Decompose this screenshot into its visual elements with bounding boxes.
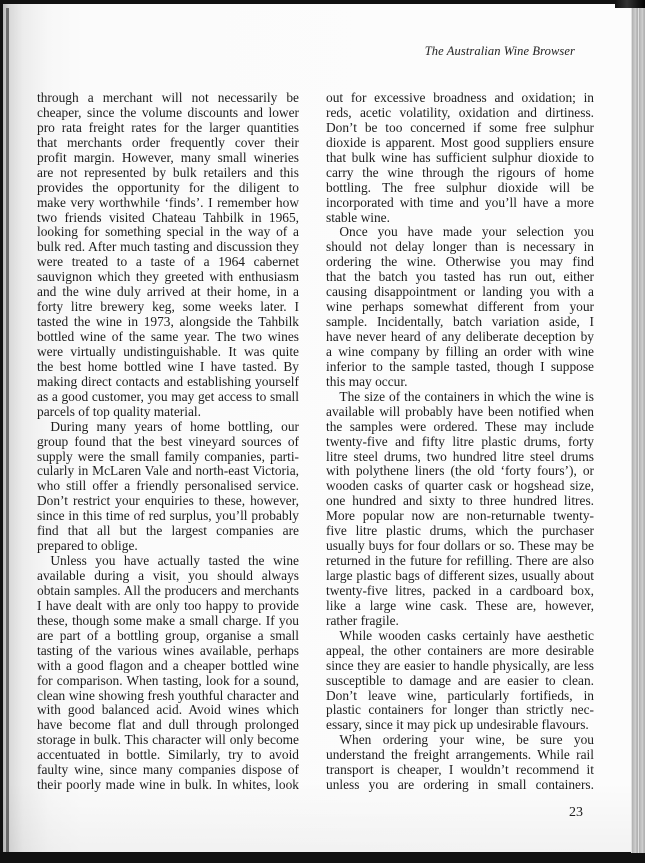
text-line: carry the wine through the rigours of ho… xyxy=(326,166,594,181)
text-line: stable wine. xyxy=(326,211,594,226)
text-line: that the batch you tasted has run out, e… xyxy=(326,270,594,285)
text-line: who still offer a friendly personalised … xyxy=(37,479,299,494)
text-line: twenty-five litres, packed in a cardboar… xyxy=(326,584,594,599)
text-line: the best home bottled wine I have tasted… xyxy=(37,360,299,375)
text-line: causing disappointment or landing you wi… xyxy=(326,285,594,300)
text-line: While wooden casks certainly have aesthe… xyxy=(326,629,594,644)
text-line: available will probably have been notifi… xyxy=(326,405,594,420)
text-line: since they are easier to handle physical… xyxy=(326,659,594,674)
text-line: returned in the future for refilling. Th… xyxy=(326,554,594,569)
text-line: tasting of the various wines available, … xyxy=(37,644,299,659)
text-line: for comparison. When tasting, look for a… xyxy=(37,674,299,689)
text-line: wine perhaps somewhat different from you… xyxy=(326,300,594,315)
text-line: dioxide is apparent. Most good suppliers… xyxy=(326,136,594,151)
gutter-shadow xyxy=(6,8,9,852)
text-line: The size of the containers in which the … xyxy=(326,390,594,405)
text-line: obtain samples. All the producers and me… xyxy=(37,584,299,599)
page-number: 23 xyxy=(569,805,583,821)
text-line: pro rata freight rates for the larger qu… xyxy=(37,121,299,136)
page-stack-edge xyxy=(631,4,645,853)
text-line: unless you are ordering in small contain… xyxy=(326,778,594,793)
text-line: five litre plastic drums, which the purc… xyxy=(326,524,594,539)
text-line: that bulk wine has sufficient sulphur di… xyxy=(326,151,594,166)
text-line: make very worthwhile ‘finds’. I remember… xyxy=(37,196,299,211)
text-line: transport is cheaper, I wouldn’t recomme… xyxy=(326,763,594,778)
text-line: appeal, the other containers are more de… xyxy=(326,644,594,659)
text-line: through a merchant will not necessarily … xyxy=(37,91,299,106)
text-line: accentuated in bottle. Similarly, try to… xyxy=(37,748,299,763)
text-line: litre steel drums, two hundred litre ste… xyxy=(326,450,594,465)
text-line: When ordering your wine, be sure you xyxy=(326,733,594,748)
text-line: have become flat and dull through prolon… xyxy=(37,718,299,733)
text-line: inferior to the sample tasted, though I … xyxy=(326,360,594,375)
text-line: essary, since it may pick up undesirable… xyxy=(326,718,594,733)
text-line: with good balanced acid. Avoid wines whi… xyxy=(37,703,299,718)
text-line: out for excessive broadness and oxidatio… xyxy=(326,91,594,106)
text-line: faulty wine, since many companies dispos… xyxy=(37,763,299,778)
text-line: looking for something special in the way… xyxy=(37,225,299,240)
text-line: storage in bulk. This character will onl… xyxy=(37,733,299,748)
page-corner-shadow xyxy=(615,0,645,8)
text-line: with a good flagon and a cheaper bottled… xyxy=(37,659,299,674)
text-line: large plastic bags of different sizes, u… xyxy=(326,569,594,584)
text-line: and the wine duly arrived at their home,… xyxy=(37,285,299,300)
text-line: reds, acetic volatility, oxidation and d… xyxy=(326,106,594,121)
text-line: since in this time of red surplus, you’l… xyxy=(37,509,299,524)
text-line: incorporated with time and you’ll have a… xyxy=(326,196,594,211)
text-line: sauvignon which they greeted with enthus… xyxy=(37,270,299,285)
text-line: twenty-five and fifty litre plastic drum… xyxy=(326,435,594,450)
text-line: provides the opportunity for the diligen… xyxy=(37,181,299,196)
text-line: their poorly made wine in bulk. In white… xyxy=(37,778,299,793)
text-line: one hundred and sixty to three hundred l… xyxy=(326,494,594,509)
text-line: were virtually undistinguishable. It was… xyxy=(37,345,299,360)
text-line: find that all but the largest companies … xyxy=(37,524,299,539)
text-line: Don’t leave wine, particularly fortified… xyxy=(326,689,594,704)
text-line: cheaper, since the volume discounts and … xyxy=(37,106,299,121)
text-line: forty litre brewery keg, some weeks late… xyxy=(37,300,299,315)
text-line: clean wine showing fresh youthful charac… xyxy=(37,689,299,704)
text-line: During many years of home bottling, our xyxy=(37,420,299,435)
text-line: rather fragile. xyxy=(326,614,594,629)
text-line: should not delay longer than is necessar… xyxy=(326,240,594,255)
text-line: supply were the small family companies, … xyxy=(37,450,299,465)
text-line: were treated to a taste of a 1964 cabern… xyxy=(37,255,299,270)
text-line: these, though some make a small charge. … xyxy=(37,614,299,629)
text-line: a wine company by filling an order with … xyxy=(326,345,594,360)
text-line: with polythene liners (the old ‘forty fo… xyxy=(326,464,594,479)
text-line: as a good customer, you may get access t… xyxy=(37,390,299,405)
text-line: like a large wine cask. These are, howev… xyxy=(326,599,594,614)
text-line: Once you have made your selection you xyxy=(326,225,594,240)
book-page: The Australian Wine Browser through a me… xyxy=(3,4,631,852)
text-line: two friends visited Chateau Tahbilk in 1… xyxy=(37,211,299,226)
text-line: tasted the wine in 1973, alongside the T… xyxy=(37,315,299,330)
running-head: The Australian Wine Browser xyxy=(425,44,575,59)
text-line: Don’t be too concerned if some free sulp… xyxy=(326,121,594,136)
text-line: cularly in McLaren Vale and north-east V… xyxy=(37,464,299,479)
text-line: bulk red. After much tasting and discuss… xyxy=(37,240,299,255)
text-line: I have dealt with are only too happy to … xyxy=(37,599,299,614)
text-line: bottling. The free sulphur dioxide will … xyxy=(326,181,594,196)
text-line: that merchants order frequently cover th… xyxy=(37,136,299,151)
text-line: have never heard of any deliberate decep… xyxy=(326,330,594,345)
text-line: More popular now are non-returnable twen… xyxy=(326,509,594,524)
text-line: Don’t restrict your enquiries to these, … xyxy=(37,494,299,509)
text-line: prepared to oblige. xyxy=(37,539,299,554)
text-line: bottled wine of the same year. The two w… xyxy=(37,330,299,345)
text-line: available during a visit, you should alw… xyxy=(37,569,299,584)
text-line: this may occur. xyxy=(326,375,594,390)
text-line: are not represented by bulk retailers an… xyxy=(37,166,299,181)
text-line: wooden casks of quarter cask or hogshead… xyxy=(326,479,594,494)
text-line: are part of a bottling group, organise a… xyxy=(37,629,299,644)
text-line: profit margin. However, many small winer… xyxy=(37,151,299,166)
text-line: sample. Incidentally, batch variation as… xyxy=(326,315,594,330)
text-line: plastic containers for longer than stric… xyxy=(326,703,594,718)
text-line: parcels of top quality material. xyxy=(37,405,299,420)
left-column: through a merchant will not necessarily … xyxy=(37,91,299,793)
right-column: out for excessive broadness and oxidatio… xyxy=(326,91,594,793)
text-line: the samples were ordered. These may incl… xyxy=(326,420,594,435)
text-line: Unless you have actually tasted the wine xyxy=(37,554,299,569)
text-line: making direct contacts and establishing … xyxy=(37,375,299,390)
text-line: understand the freight arrangements. Whi… xyxy=(326,748,594,763)
text-line: susceptible to damage and are easier to … xyxy=(326,674,594,689)
text-line: ordering the wine. Otherwise you may fin… xyxy=(326,255,594,270)
text-line: group found that the best vineyard sourc… xyxy=(37,435,299,450)
text-line: usually buys for four dollars or so. The… xyxy=(326,539,594,554)
